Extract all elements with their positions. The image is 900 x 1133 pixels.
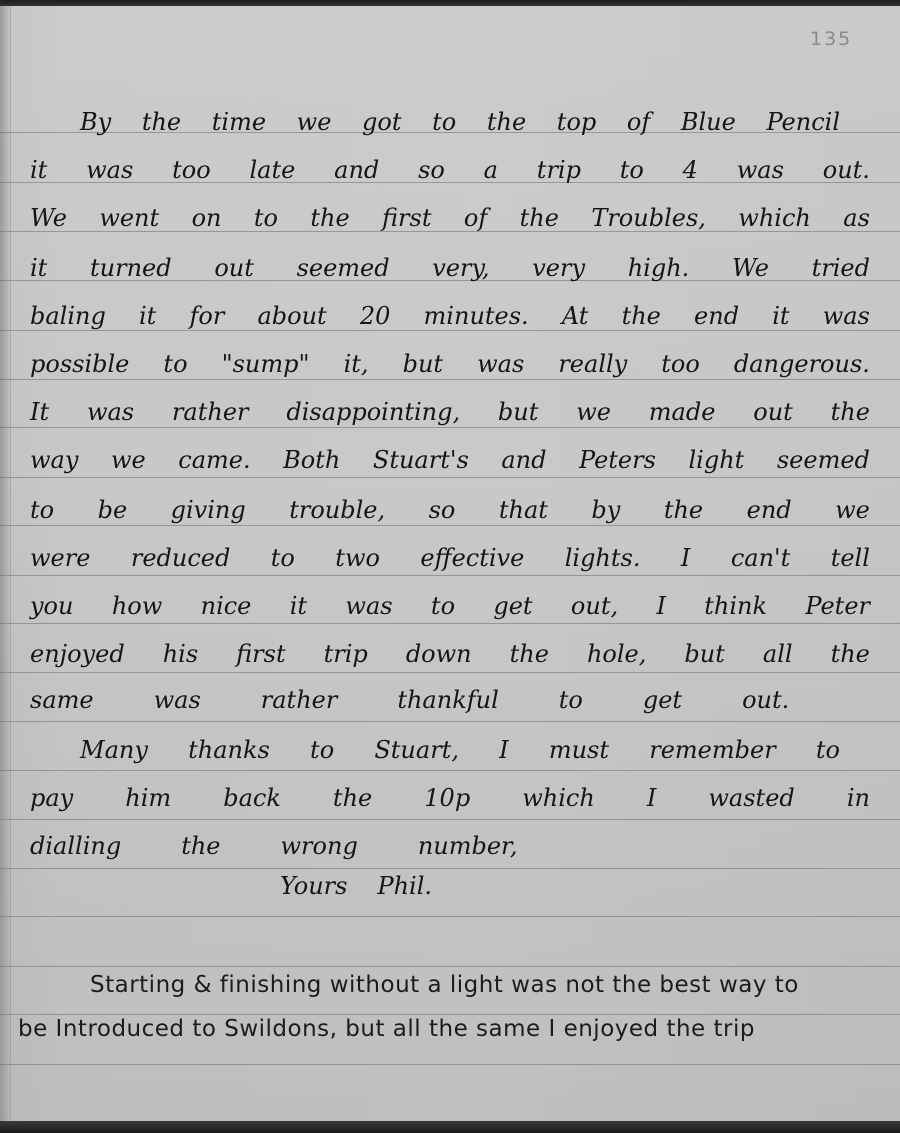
ruled-line	[0, 427, 900, 428]
handwritten-word: wrong	[281, 832, 358, 860]
ruled-line	[0, 575, 900, 576]
handwritten-word: be	[98, 496, 128, 524]
letter-line: BythetimewegottothetopofBluePencil	[80, 108, 840, 136]
handwritten-word: reduced	[131, 544, 231, 572]
handwritten-word: we	[835, 496, 870, 524]
handwritten-word: At	[562, 302, 589, 330]
handwritten-word: the	[622, 302, 661, 330]
handwritten-word: how	[112, 592, 162, 620]
handwritten-word: got	[362, 108, 401, 136]
handwritten-word: it,	[344, 350, 369, 378]
handwritten-word: minutes.	[424, 302, 529, 330]
ruled-line	[0, 721, 900, 722]
handwritten-word: which	[522, 784, 595, 812]
handwritten-word: it	[290, 592, 307, 620]
ruled-line	[0, 672, 900, 673]
handwritten-word: was	[86, 156, 133, 184]
handwritten-word: Stuart's	[373, 446, 469, 474]
handwritten-word: We	[30, 204, 67, 232]
handwritten-word: was	[345, 592, 392, 620]
handwritten-word: to	[271, 544, 295, 572]
letter-signoff: YoursPhil.	[280, 872, 440, 900]
handwritten-word: It	[30, 398, 49, 426]
handwritten-word: trip	[324, 640, 368, 668]
letter-line: tobegivingtrouble,sothatbytheendwe	[30, 496, 870, 524]
ruled-line	[0, 819, 900, 820]
handwritten-word: I	[647, 784, 656, 812]
ruled-line	[0, 477, 900, 478]
handwritten-word: first	[382, 204, 431, 232]
handwritten-word: but	[498, 398, 538, 426]
handwritten-word: seemed	[297, 254, 390, 282]
handwritten-word: we	[297, 108, 332, 136]
handwritten-word: Both	[283, 446, 340, 474]
handwritten-word: on	[192, 204, 222, 232]
handwritten-word: I	[681, 544, 690, 572]
page-number: 135	[810, 28, 852, 50]
handwritten-word: of	[627, 108, 650, 136]
handwritten-word: think	[704, 592, 767, 620]
handwritten-word: the	[310, 204, 349, 232]
handwritten-word: the	[510, 640, 549, 668]
ruled-line	[0, 379, 900, 380]
letter-line: possibleto"sump"it,butwasreallytoodanger…	[30, 350, 870, 378]
handwritten-word: his	[163, 640, 198, 668]
handwritten-word: the	[520, 204, 559, 232]
handwritten-word: very	[532, 254, 585, 282]
letter-line: werereducedtotwoeffectivelights.Ican'tte…	[30, 544, 870, 572]
handwritten-word: was	[154, 686, 201, 714]
handwritten-word: Yours	[280, 872, 347, 900]
handwritten-word: tried	[812, 254, 870, 282]
handwritten-word: Pencil	[766, 108, 840, 136]
handwritten-word: a	[484, 156, 498, 184]
letter-line: diallingthewrongnumber,	[30, 832, 870, 860]
handwritten-word: hole,	[587, 640, 646, 668]
handwritten-word: to	[310, 736, 334, 764]
handwritten-word: as	[843, 204, 870, 232]
handwritten-word: trip	[537, 156, 581, 184]
letter-line: Itwasratherdisappointing,butwemadeoutthe	[30, 398, 870, 426]
notebook-page: 135 BythetimewegottothetopofBluePencilit…	[0, 6, 900, 1123]
handwritten-word: but	[403, 350, 443, 378]
handwritten-word: first	[236, 640, 285, 668]
addendum-line: Starting & finishing without a light was…	[90, 972, 870, 998]
handwritten-word: baling	[30, 302, 106, 330]
handwritten-word: for	[189, 302, 224, 330]
ruled-line	[0, 868, 900, 869]
handwritten-word: about	[257, 302, 326, 330]
handwritten-word: out.	[742, 686, 789, 714]
handwritten-word: we	[111, 446, 146, 474]
handwritten-word: really	[558, 350, 627, 378]
letter-line: payhimbackthe10pwhichIwastedin	[30, 784, 870, 812]
handwritten-word: dialling	[30, 832, 121, 860]
handwritten-word: it	[30, 156, 47, 184]
handwritten-word: late	[249, 156, 295, 184]
handwritten-word: nice	[201, 592, 252, 620]
handwritten-word: the	[831, 640, 870, 668]
letter-line: itturnedoutseemedvery,veryhigh.Wetried	[30, 254, 870, 282]
handwritten-word: to	[30, 496, 54, 524]
handwritten-word: Blue	[681, 108, 736, 136]
handwritten-word: remember	[649, 736, 775, 764]
handwritten-word: Troubles,	[591, 204, 706, 232]
handwritten-word: giving	[171, 496, 246, 524]
handwritten-word: we	[576, 398, 611, 426]
page-binding-shadow	[0, 6, 10, 1123]
handwritten-word: so	[429, 496, 456, 524]
notebook-bottom-edge	[0, 1121, 900, 1133]
handwritten-word: same	[30, 686, 94, 714]
handwritten-word: disappointing,	[286, 398, 460, 426]
handwritten-word: out	[753, 398, 793, 426]
handwritten-word: of	[464, 204, 487, 232]
handwritten-word: but	[684, 640, 724, 668]
handwritten-word: was	[477, 350, 524, 378]
handwritten-word: to	[163, 350, 187, 378]
letter-line: enjoyedhisfirsttripdownthehole,butallthe	[30, 640, 870, 668]
handwritten-word: lights.	[565, 544, 641, 572]
handwritten-word: and	[334, 156, 379, 184]
handwritten-word: end	[694, 302, 739, 330]
handwritten-word: was	[87, 398, 134, 426]
handwritten-word: wasted	[708, 784, 794, 812]
handwritten-word: made	[649, 398, 716, 426]
handwritten-word: rather	[261, 686, 338, 714]
handwritten-word: must	[549, 736, 609, 764]
handwritten-word: very,	[432, 254, 489, 282]
handwritten-word: thanks	[188, 736, 270, 764]
handwritten-word: dangerous.	[734, 350, 870, 378]
handwritten-word: tell	[831, 544, 870, 572]
handwritten-word: turned	[90, 254, 172, 282]
ruled-line	[0, 623, 900, 624]
handwritten-word: 4	[683, 156, 698, 184]
handwritten-word: high.	[628, 254, 690, 282]
handwritten-word: too	[661, 350, 700, 378]
handwritten-word: 20	[360, 302, 391, 330]
handwritten-word: Stuart,	[374, 736, 459, 764]
handwritten-word: We	[732, 254, 769, 282]
handwritten-word: get	[493, 592, 532, 620]
handwritten-word: to	[620, 156, 644, 184]
letter-line: ManythankstoStuart,Imustrememberto	[80, 736, 840, 764]
handwritten-word: time	[212, 108, 266, 136]
handwritten-word: you	[30, 592, 73, 620]
handwritten-word: it	[139, 302, 156, 330]
handwritten-word: possible	[30, 350, 129, 378]
handwritten-word: came.	[178, 446, 250, 474]
handwritten-word: the	[664, 496, 703, 524]
handwritten-word: number,	[418, 832, 518, 860]
handwritten-word: enjoyed	[30, 640, 125, 668]
handwritten-word: the	[487, 108, 526, 136]
handwritten-word: pay	[30, 784, 73, 812]
ruled-line	[0, 770, 900, 771]
handwritten-word: out	[214, 254, 254, 282]
handwritten-word: which	[738, 204, 811, 232]
handwritten-word: effective	[420, 544, 524, 572]
handwritten-word: too	[172, 156, 211, 184]
handwritten-word: get	[643, 686, 682, 714]
handwritten-word: in	[847, 784, 870, 812]
handwritten-word: to	[432, 108, 456, 136]
letter-line: waywecame.BothStuart'sandPeterslightseem…	[30, 446, 870, 474]
handwritten-word: "sump"	[222, 350, 310, 378]
handwritten-word: By	[80, 108, 111, 136]
handwritten-word: I	[656, 592, 665, 620]
letter-line: youhowniceitwastogetout,IthinkPeter	[30, 592, 870, 620]
handwritten-word: way	[30, 446, 78, 474]
handwritten-word: Peter	[805, 592, 870, 620]
letter-line: samewasratherthankfultogetout.	[30, 686, 870, 714]
handwritten-word: Many	[80, 736, 148, 764]
handwritten-word: was	[823, 302, 870, 330]
handwritten-word: 10p	[424, 784, 470, 812]
letter-line: itwastoolateandsoatripto4wasout.	[30, 156, 870, 184]
handwritten-word: and	[501, 446, 546, 474]
handwritten-word: all	[763, 640, 793, 668]
handwritten-word: top	[557, 108, 596, 136]
handwritten-word: Peters	[579, 446, 656, 474]
handwritten-word: thankful	[397, 686, 498, 714]
handwritten-word: to	[816, 736, 840, 764]
handwritten-word: the	[333, 784, 372, 812]
handwritten-word: two	[335, 544, 380, 572]
handwritten-word: went	[99, 204, 159, 232]
handwritten-word: back	[223, 784, 281, 812]
handwritten-word: out.	[823, 156, 870, 184]
handwritten-word: to	[559, 686, 583, 714]
handwritten-word: that	[499, 496, 548, 524]
handwritten-word: out,	[571, 592, 618, 620]
ruled-line	[0, 916, 900, 917]
handwritten-word: the	[831, 398, 870, 426]
handwritten-word: him	[125, 784, 171, 812]
letter-line: WewentontothefirstoftheTroubles,whichas	[30, 204, 870, 232]
handwritten-word: rather	[172, 398, 249, 426]
handwritten-word: down	[406, 640, 472, 668]
handwritten-word: trouble,	[289, 496, 385, 524]
handwritten-word: seemed	[777, 446, 870, 474]
handwritten-word: end	[747, 496, 792, 524]
handwritten-word: light	[688, 446, 744, 474]
ruled-line	[0, 1064, 900, 1065]
handwritten-word: was	[737, 156, 784, 184]
handwritten-word: to	[254, 204, 278, 232]
handwritten-word: the	[181, 832, 220, 860]
handwritten-word: I	[499, 736, 508, 764]
handwritten-word: were	[30, 544, 90, 572]
handwritten-word: by	[591, 496, 620, 524]
ruled-line	[0, 525, 900, 526]
handwritten-word: so	[418, 156, 445, 184]
letter-line: balingitforabout20minutes.Attheenditwas	[30, 302, 870, 330]
handwritten-word: the	[142, 108, 181, 136]
handwritten-word: to	[431, 592, 455, 620]
handwritten-word: can't	[731, 544, 790, 572]
handwritten-word: it	[30, 254, 47, 282]
page-margin-line	[10, 6, 11, 1123]
addendum-line: be Introduced to Swildons, but all the s…	[18, 1016, 868, 1042]
handwritten-word: it	[772, 302, 789, 330]
ruled-line	[0, 966, 900, 967]
handwritten-word: Phil.	[377, 872, 432, 900]
